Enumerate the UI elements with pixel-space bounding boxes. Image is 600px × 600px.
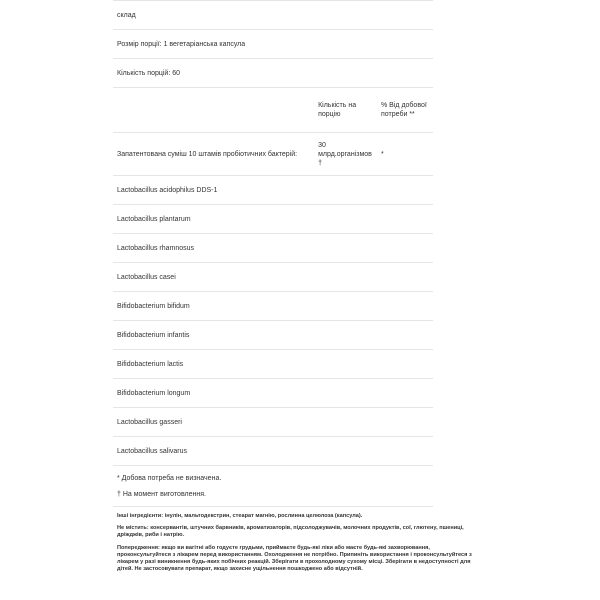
strain-name: Bifidobacterium infantis bbox=[113, 321, 433, 350]
strain-name: Lactobacillus rhamnosus bbox=[113, 234, 433, 263]
strain-name: Lactobacillus salivarus bbox=[113, 437, 433, 466]
table-row: Lactobacillus plantarum bbox=[113, 205, 433, 234]
header-amount: Кількість на порцію bbox=[314, 88, 377, 133]
product-notes: Інші інгредієнти: інулін, мальтодекстрин… bbox=[113, 513, 485, 573]
blend-daily-value: * bbox=[377, 133, 433, 176]
footnotes: * Добова потреба не визначена. † На моме… bbox=[113, 474, 485, 499]
strain-name: Bifidobacterium longum bbox=[113, 379, 433, 408]
strain-name: Bifidobacterium bifidum bbox=[113, 292, 433, 321]
table-row: Bifidobacterium bifidum bbox=[113, 292, 433, 321]
strain-name: Bifidobacterium lactis bbox=[113, 350, 433, 379]
table-header-row: Кількість на порцію % Від добової потреб… bbox=[113, 88, 433, 133]
table-title: склад bbox=[113, 1, 433, 30]
table-row: Bifidobacterium infantis bbox=[113, 321, 433, 350]
table-row: Lactobacillus salivarus bbox=[113, 437, 433, 466]
serving-size: Розмір порції: 1 вегетаріанська капсула bbox=[113, 30, 433, 59]
table-row: Lactobacillus rhamnosus bbox=[113, 234, 433, 263]
other-ingredients: Інші інгредієнти: інулін, мальтодекстрин… bbox=[117, 513, 485, 520]
supplement-facts: склад Розмір порції: 1 вегетаріанська ка… bbox=[113, 0, 485, 578]
divider bbox=[113, 506, 433, 507]
header-blank bbox=[113, 88, 314, 133]
table-row: Lactobacillus casei bbox=[113, 263, 433, 292]
servings-count-row: Кількість порцій: 60 bbox=[113, 59, 433, 88]
table-row: Bifidobacterium lactis bbox=[113, 350, 433, 379]
serving-size-row: Розмір порції: 1 вегетаріанська капсула bbox=[113, 30, 433, 59]
servings-count: Кількість порцій: 60 bbox=[113, 59, 433, 88]
does-not-contain: Не містить: консервантів, штучних барвни… bbox=[117, 525, 485, 539]
strain-name: Lactobacillus plantarum bbox=[113, 205, 433, 234]
warning: Попередження: якщо ви вагітні або годуєт… bbox=[117, 545, 485, 574]
blend-amount: 30 млрд.організмов † bbox=[314, 133, 377, 176]
table-row: Lactobacillus gasseri bbox=[113, 408, 433, 437]
strain-name: Lactobacillus gasseri bbox=[113, 408, 433, 437]
header-daily-value: % Від добової потреби ** bbox=[377, 88, 433, 133]
table-row: Bifidobacterium longum bbox=[113, 379, 433, 408]
strain-name: Lactobacillus acidophilus DDS-1 bbox=[113, 176, 433, 205]
footnote-daily-not-established: * Добова потреба не визначена. bbox=[117, 474, 485, 483]
table-title-row: склад bbox=[113, 1, 433, 30]
table-row: Lactobacillus acidophilus DDS-1 bbox=[113, 176, 433, 205]
supplement-facts-table: склад Розмір порції: 1 вегетаріанська ка… bbox=[113, 0, 433, 466]
strain-name: Lactobacillus casei bbox=[113, 263, 433, 292]
blend-row: Запатентована суміш 10 штамів пробіотичн… bbox=[113, 133, 433, 176]
blend-name: Запатентована суміш 10 штамів пробіотичн… bbox=[113, 133, 314, 176]
footnote-at-manufacture: † На момент виготовлення. bbox=[117, 490, 485, 499]
